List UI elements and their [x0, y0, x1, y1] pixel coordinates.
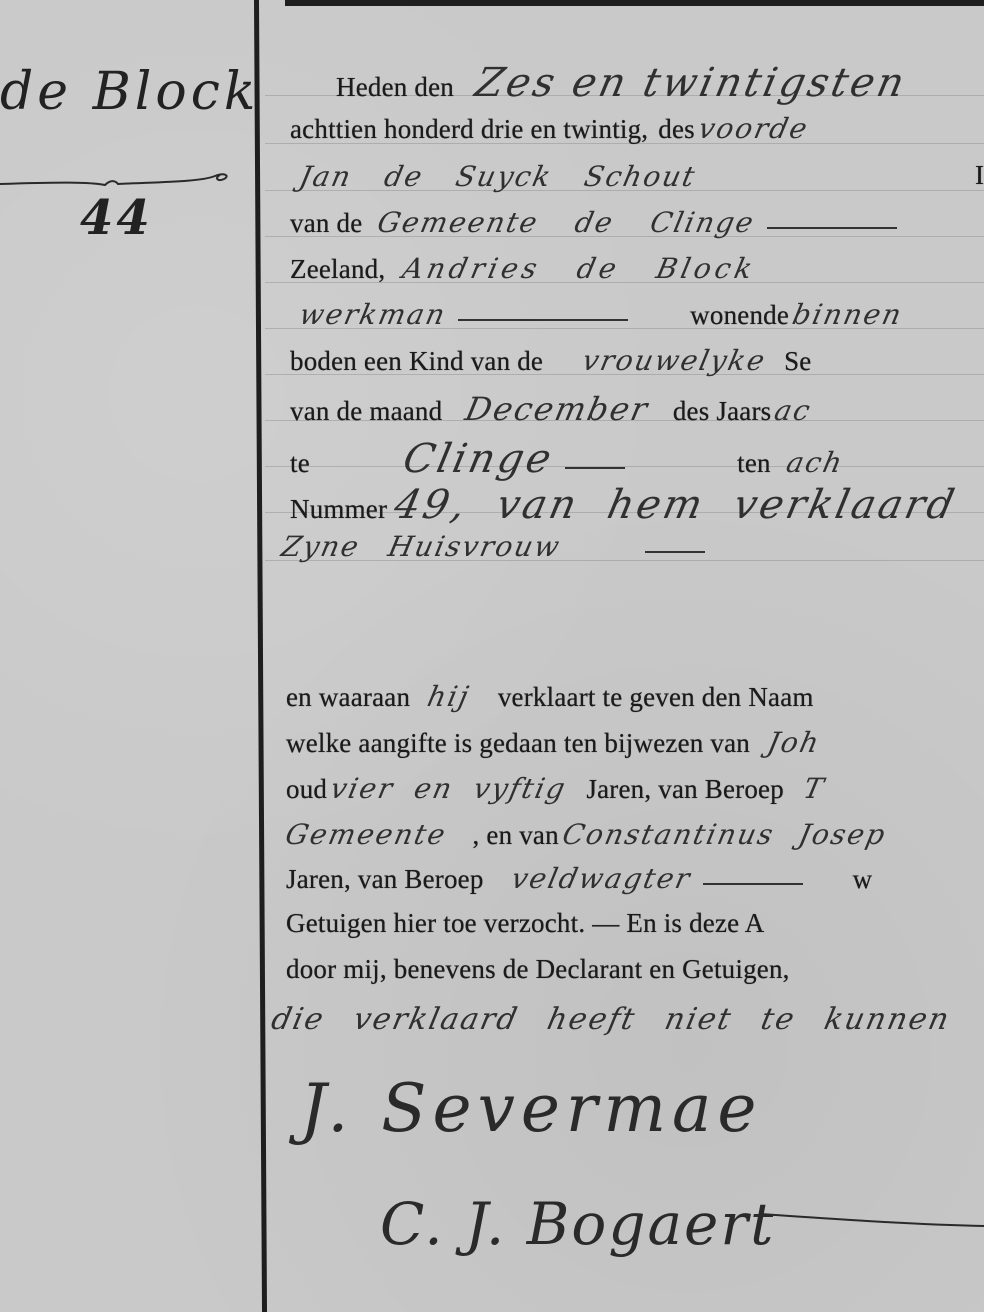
handwritten-witness-2: Constantinus Josep — [559, 818, 889, 851]
line-3: Jan de Suyck Schout I — [300, 160, 696, 193]
handwritten-text: ac — [772, 394, 815, 427]
printed-text: Se — [784, 346, 811, 376]
signature-underline-icon — [760, 1210, 984, 1230]
printed-text: achttien honderd drie en twintig, — [290, 114, 648, 144]
fill-dash — [703, 883, 803, 885]
printed-text: te — [290, 448, 310, 478]
handwritten-note: die verklaard heeft niet te kunnen — [268, 1002, 954, 1037]
line-8: van de maand December des Jaars ac — [290, 390, 812, 428]
handwritten-occupation: werkman — [296, 298, 449, 331]
line-9: te Clinge ten ach — [290, 436, 843, 482]
line-7: boden een Kind van de vrouwelyke Se — [290, 344, 811, 377]
margin-surname: de Block — [0, 62, 259, 122]
signature-witness: C. J. Bogaert — [380, 1190, 775, 1258]
handwritten-text: T — [800, 772, 828, 805]
line-14: oud vier en vyftig Jaren, van Beroep T — [286, 772, 825, 805]
handwritten-day: Zes en twintigsten — [471, 60, 911, 106]
printed-text: Heden den — [336, 72, 454, 102]
fill-dash — [767, 227, 897, 229]
handwritten-witness-1: Joh — [764, 726, 823, 759]
handwritten-witness-1-age: vier en vyftig — [328, 772, 570, 805]
line-5: Zeeland, Andries de Block — [290, 252, 756, 285]
line-16: Jaren, van Beroep veldwagter w — [286, 862, 872, 895]
fill-dash — [458, 319, 628, 321]
line-18: door mij, benevens de Declarant en Getui… — [286, 954, 790, 985]
line-6: werkman wonende binnen — [300, 298, 903, 331]
printed-text: wonende — [690, 300, 789, 330]
line-11: Zyne Huisvrouw — [282, 530, 713, 563]
handwritten-officer-name: Jan de Suyck Schout — [296, 160, 699, 193]
signature-officer: J. Severmae — [300, 1070, 762, 1147]
handwritten-mother: Zyne Huisvrouw — [278, 530, 564, 563]
line-19: die verklaard heeft niet te kunnen — [272, 1002, 950, 1037]
printed-text: des Jaars — [673, 396, 772, 426]
handwritten-place: Clinge — [399, 436, 558, 482]
fill-dash — [645, 551, 705, 553]
printed-text: van de — [290, 208, 362, 238]
handwritten-text: ach — [783, 446, 846, 479]
printed-text: Zeeland, — [290, 254, 385, 284]
top-border-rule — [285, 0, 984, 6]
printed-text: Jaren, van Beroep — [286, 864, 484, 894]
printed-text: w — [853, 864, 873, 894]
printed-text: en waaraan — [286, 682, 410, 712]
handwritten-house-number: 49, van hem verklaard — [390, 482, 961, 528]
printed-text: , en van — [472, 820, 558, 850]
printed-text: oud — [286, 774, 327, 804]
margin-vertical-rule — [254, 0, 267, 1312]
handwritten-text: voorde — [695, 112, 811, 145]
margin-record-number: 44 — [80, 190, 153, 246]
handwritten-municipality: Gemeente de Clinge — [375, 206, 759, 239]
handwritten-text: hij — [425, 680, 474, 713]
line-4: van de Gemeente de Clinge — [290, 206, 905, 239]
printed-text: door mij, benevens de Declarant en Getui… — [286, 954, 790, 984]
line-17: Getuigen hier toe verzocht. — En is deze… — [286, 908, 765, 939]
line-10: Nummer 49, van hem verklaard — [290, 482, 956, 528]
handwritten-sex: vrouwelyke — [580, 344, 770, 377]
printed-text: welke aangifte is gedaan ten bijwezen va… — [286, 728, 750, 758]
printed-text: verklaart te geven den Naam — [498, 682, 814, 712]
printed-text: I — [975, 160, 984, 191]
fill-dash — [565, 467, 625, 469]
printed-text: Getuigen hier toe verzocht. — En is deze… — [286, 908, 765, 938]
line-2: achttien honderd drie en twintig, des vo… — [290, 112, 808, 145]
printed-text: Nummer — [290, 494, 387, 524]
line-12: en waaraan hij verklaart te geven den Na… — [286, 680, 814, 713]
printed-text: ten — [737, 448, 771, 478]
line-15: Gemeente , en van Constantinus Josep — [286, 818, 886, 851]
document-page: de Block 44 Heden den Zes en twintigsten… — [0, 0, 984, 1312]
handwritten-text: Gemeente — [282, 818, 449, 851]
line-13: welke aangifte is gedaan ten bijwezen va… — [286, 726, 820, 759]
printed-text: Jaren, van Beroep — [586, 774, 784, 804]
handwritten-declarant-name: Andries de Block — [400, 252, 760, 285]
handwritten-month: December — [462, 390, 653, 428]
printed-text: des — [658, 114, 695, 144]
printed-text: van de maand — [290, 396, 442, 426]
line-1: Heden den Zes en twintigsten — [336, 60, 906, 106]
handwritten-witness-2-occupation: veldwagter — [508, 862, 694, 895]
handwritten-text: binnen — [790, 298, 907, 331]
printed-text: boden een Kind van de — [290, 346, 543, 376]
